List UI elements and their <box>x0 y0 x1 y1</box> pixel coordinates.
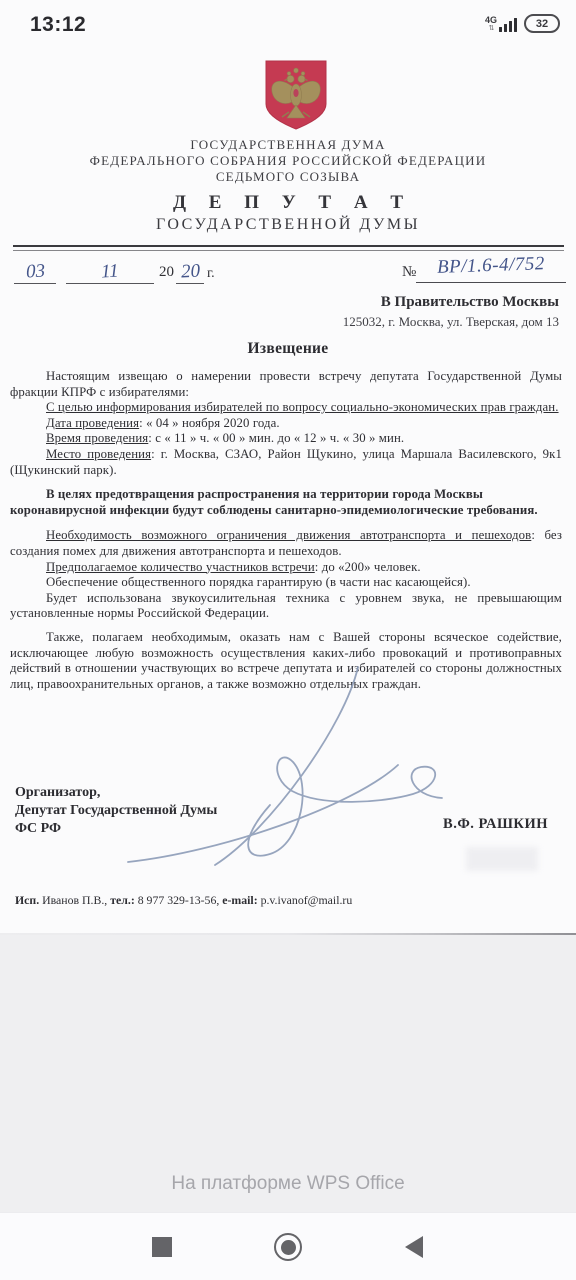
paragraph-time: Время проведения: с « 11 » ч. « 00 » мин… <box>10 431 562 447</box>
network-type-indicator: 4G ⇅ <box>485 16 497 32</box>
executor-name: Иванов П.В., <box>39 893 110 907</box>
date-day-blank: 03 <box>14 260 56 284</box>
paragraph-intro: Настоящим извещаю о намерении провести в… <box>10 369 562 400</box>
date-year-blank: 20 <box>176 260 204 284</box>
org-line-2: ФЕДЕРАЛЬНОГО СОБРАНИЯ РОССИЙСКОЙ ФЕДЕРАЦ… <box>0 153 576 169</box>
back-button[interactable] <box>379 1213 449 1280</box>
phone-number: 8 977 329-13-56, <box>135 893 223 907</box>
document-body: Настоящим извещаю о намерении провести в… <box>10 369 562 692</box>
document-heading: Извещение <box>0 340 576 358</box>
executor-label: Исп. <box>15 893 39 907</box>
paragraph-date: Дата проведения: « 04 » ноября 2020 года… <box>10 416 562 432</box>
recipient-block: В Правительство Москвы 125032, г. Москва… <box>343 293 559 331</box>
battery-level: 32 <box>536 18 548 30</box>
signal-strength-icon <box>499 17 517 32</box>
signer-role-line-1: Организатор, <box>15 784 217 802</box>
letterhead-subtitle: ГОСУДАРСТВЕННОЙ ДУМЫ <box>0 216 576 234</box>
email-address: p.v.ivanof@mail.ru <box>258 893 353 907</box>
status-icons: 4G ⇅ 32 <box>485 14 560 33</box>
recents-button[interactable] <box>127 1213 197 1280</box>
faint-stamp-smudge <box>466 847 538 871</box>
date-year-printed: 20 <box>159 264 174 281</box>
phone-screen: 13:12 4G ⇅ 32 <box>0 0 576 1280</box>
reference-number-blank: ВР/1.6-4/752 <box>416 255 566 283</box>
org-line-3: СЕДЬМОГО СОЗЫВА <box>0 169 576 185</box>
letterhead-org-lines: ГОСУДАРСТВЕННАЯ ДУМА ФЕДЕРАЛЬНОГО СОБРАН… <box>0 137 576 185</box>
navigation-bar <box>0 1212 576 1280</box>
back-triangle-icon <box>405 1236 423 1258</box>
date-month-blank: 11 <box>66 260 154 284</box>
date-year-handwritten: 20 <box>180 261 200 284</box>
home-circle-icon <box>274 1233 302 1261</box>
paragraph-count: Предполагаемое количество участников вст… <box>10 560 562 576</box>
email-label: e-mail: <box>222 893 257 907</box>
coat-of-arms-icon <box>258 57 334 133</box>
signer-role-line-2: Депутат Государственной Думы <box>15 802 217 820</box>
document-page[interactable]: 13:12 4G ⇅ 32 <box>0 0 576 934</box>
data-arrows-icon: ⇅ <box>489 25 494 32</box>
paragraph-order: Обеспечение общественного порядка гарант… <box>10 575 562 591</box>
date-month-handwritten: 11 <box>101 261 120 284</box>
signer-role-line-3: ФС РФ <box>15 820 217 838</box>
status-time: 13:12 <box>30 13 86 37</box>
page-bottom-edge <box>0 933 576 935</box>
letterhead-title: Д Е П У Т А Т <box>0 192 576 214</box>
paragraph-covid: В целях предотвращения распространения н… <box>10 487 562 518</box>
phone-label: тел.: <box>110 893 135 907</box>
paragraph-assistance: Также, полагаем необходимым, оказать нам… <box>10 630 562 692</box>
paragraph-sound: Будет использована звукоусилительная тех… <box>10 591 562 622</box>
date-year-label: г. <box>207 266 215 282</box>
date-day-handwritten: 03 <box>25 261 45 284</box>
signer-role-block: Организатор, Депутат Государственной Дум… <box>15 784 217 838</box>
letterhead-divider <box>13 245 564 251</box>
status-bar: 13:12 4G ⇅ 32 <box>0 0 576 50</box>
network-cluster: 4G ⇅ <box>485 16 517 32</box>
paragraph-purpose: С целью информирования избирателей по во… <box>10 400 562 416</box>
recipient-title: В Правительство Москвы <box>343 293 559 312</box>
recents-square-icon <box>152 1237 172 1257</box>
reference-number-handwritten: ВР/1.6-4/752 <box>437 253 546 279</box>
signer-name: В.Ф. РАШКИН <box>443 816 548 833</box>
wps-platform-label: На платформе WPS Office <box>0 1173 576 1195</box>
executor-contact-line: Исп. Иванов П.В., тел.: 8 977 329-13-56,… <box>15 893 352 908</box>
battery-icon: 32 <box>524 14 560 33</box>
recipient-address: 125032, г. Москва, ул. Тверская, дом 13 <box>343 312 559 331</box>
reference-number-label: № <box>402 264 416 281</box>
org-line-1: ГОСУДАРСТВЕННАЯ ДУМА <box>0 137 576 153</box>
paragraph-traffic: Необходимость возможного ограничения дви… <box>10 528 562 559</box>
home-button[interactable] <box>253 1213 323 1280</box>
paragraph-place: Место проведения: г. Москва, СЗАО, Район… <box>10 447 562 478</box>
